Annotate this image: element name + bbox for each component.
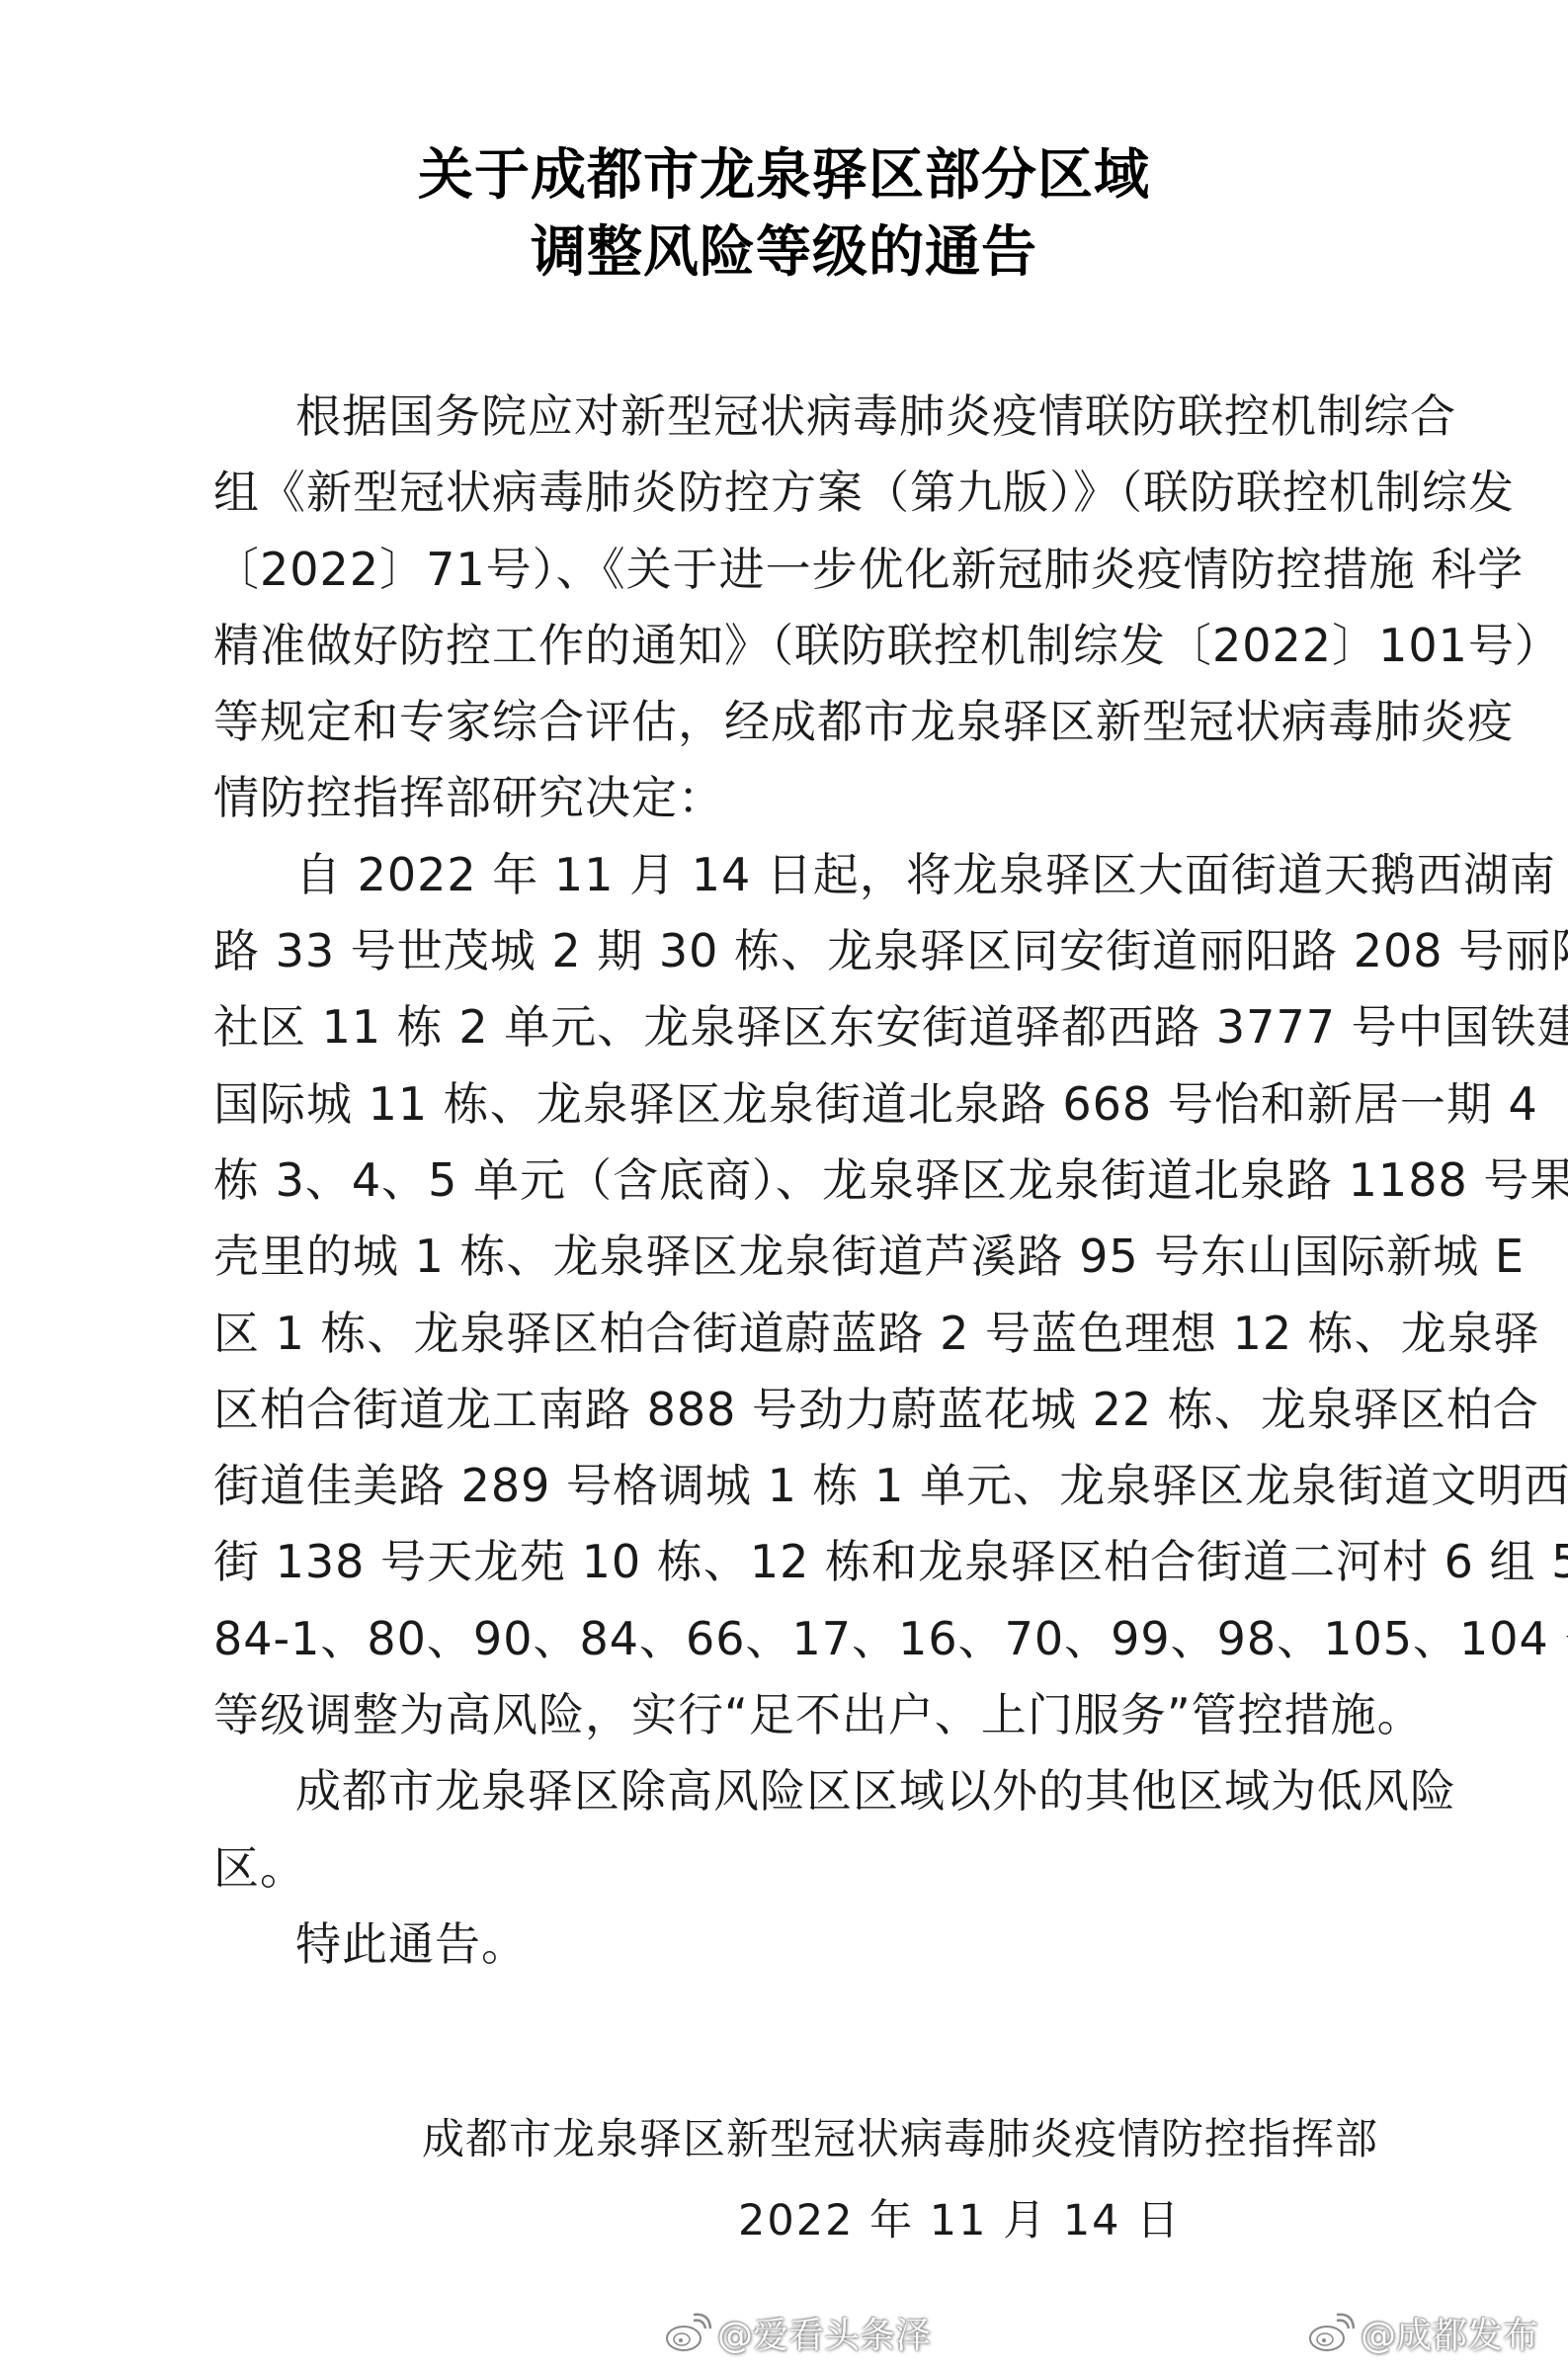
weibo-icon bbox=[664, 2311, 711, 2354]
text-line: 精准做好防控工作的通知》（联防联控机制综发〔2022〕101号） bbox=[213, 608, 1379, 684]
notice-body: 根据国务院应对新型冠状病毒肺炎疫情联防联控机制综合 组《新型冠状病毒肺炎防控方案… bbox=[213, 379, 1379, 1983]
text-line: 社区 11 栋 2 单元、龙泉驿区东安街道驿都西路 3777 号中国铁建 bbox=[213, 989, 1379, 1065]
text-line: 壳里的城 1 栋、龙泉驿区龙泉街道芦溪路 95 号东山国际新城 E bbox=[213, 1219, 1379, 1295]
text-line: 84-1、80、90、84、66、17、16、70、99、98、105、104 … bbox=[213, 1601, 1379, 1677]
text-line: 自 2022 年 11 月 14 日起，将龙泉驿区大面街道天鹅西湖南 bbox=[213, 837, 1379, 913]
paragraph-low-risk: 成都市龙泉驿区除高风险区区域以外的其他区域为低风险 区。 bbox=[213, 1753, 1379, 1907]
text-line: 区 1 栋、龙泉驿区柏合街道蔚蓝路 2 号蓝色理想 12 栋、龙泉驿 bbox=[213, 1296, 1379, 1372]
text-line: 区。 bbox=[213, 1830, 1379, 1907]
text-line: 等级调整为高风险，实行“足不出户、上门服务”管控措施。 bbox=[213, 1677, 1379, 1753]
text-line: 组《新型冠状病毒肺炎防控方案（第九版）》（联防联控机制综发 bbox=[213, 455, 1379, 531]
text-line: 根据国务院应对新型冠状病毒肺炎疫情联防联控机制综合 bbox=[213, 379, 1379, 455]
text-line: 等规定和专家综合评估，经成都市龙泉驿区新型冠状病毒肺炎疫 bbox=[213, 684, 1379, 760]
issue-date: 2022 年 11 月 14 日 bbox=[738, 2196, 1181, 2246]
notice-page: 关于成都市龙泉驿区部分区域 调整风险等级的通告 根据国务院应对新型冠状病毒肺炎疫… bbox=[0, 0, 1568, 2373]
watermark-text: @成都发布 bbox=[1361, 2308, 1538, 2358]
text-line: 街道佳美路 289 号格调城 1 栋 1 单元、龙泉驿区龙泉街道文明西 bbox=[213, 1448, 1379, 1524]
issuer-signature: 成都市龙泉驿区新型冠状病毒肺炎疫情防控指挥部 bbox=[0, 2115, 1378, 2164]
text-line: 特此通告。 bbox=[213, 1907, 1379, 1983]
paragraph-basis: 根据国务院应对新型冠状病毒肺炎疫情联防联控机制综合 组《新型冠状病毒肺炎防控方案… bbox=[213, 379, 1379, 837]
paragraph-closing: 特此通告。 bbox=[213, 1907, 1379, 1983]
text-line: 路 33 号世茂城 2 期 30 栋、龙泉驿区同安街道丽阳路 208 号丽阳 bbox=[213, 913, 1379, 989]
text-line: 成都市龙泉驿区除高风险区区域以外的其他区域为低风险 bbox=[213, 1753, 1379, 1829]
watermark-left: @爱看头条泽 bbox=[664, 2309, 931, 2356]
weibo-icon bbox=[1307, 2311, 1355, 2354]
paragraph-high-risk-areas: 自 2022 年 11 月 14 日起，将龙泉驿区大面街道天鹅西湖南 路 33 … bbox=[213, 837, 1379, 1754]
text-line: 〔2022〕71号）、《关于进一步优化新冠肺炎疫情防控措施 科学 bbox=[213, 532, 1379, 608]
text-line: 区柏合街道龙工南路 888 号劲力蔚蓝花城 22 栋、龙泉驿区柏合 bbox=[213, 1372, 1379, 1448]
watermark-text: @爱看头条泽 bbox=[717, 2308, 931, 2358]
text-line: 街 138 号天龙苑 10 栋、12 栋和龙泉驿区柏合街道二河村 6 组 54、 bbox=[213, 1524, 1379, 1600]
text-line: 栋 3、4、5 单元（含底商）、龙泉驿区龙泉街道北泉路 1188 号果 bbox=[213, 1143, 1379, 1219]
text-line: 国际城 11 栋、龙泉驿区龙泉街道北泉路 668 号怡和新居一期 4 bbox=[213, 1066, 1379, 1143]
text-line: 情防控指挥部研究决定： bbox=[213, 760, 1379, 836]
notice-title: 关于成都市龙泉驿区部分区域 调整风险等级的通告 bbox=[0, 136, 1568, 291]
title-line-2: 调整风险等级的通告 bbox=[0, 213, 1568, 291]
watermark-right: @成都发布 bbox=[1307, 2309, 1538, 2356]
title-line-1: 关于成都市龙泉驿区部分区域 bbox=[0, 136, 1568, 213]
